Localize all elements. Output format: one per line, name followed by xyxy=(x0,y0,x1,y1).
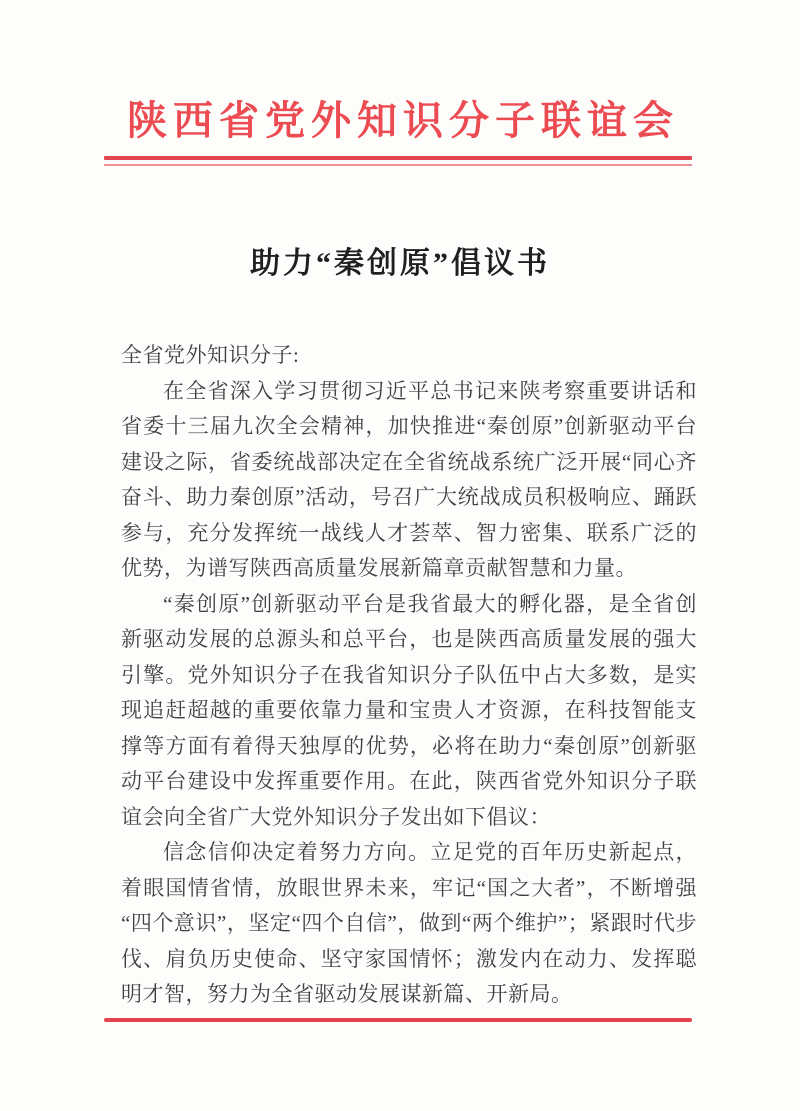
body-paragraph: 信念信仰决定着努力方向。立足党的百年历史新起点，着眼国情省情，放眼世界未来，牢记… xyxy=(121,835,697,1013)
document-title: 助力“秦创原”倡议书 xyxy=(0,247,800,281)
letterhead-rule-thick xyxy=(104,156,692,160)
body-paragraph: “秦创原”创新驱动平台是我省最大的孵化器，是全省创新驱动发展的总源头和总平台，也… xyxy=(121,587,697,836)
scanned-document-page: 陕西省党外知识分子联谊会 助力“秦创原”倡议书 全省党外知识分子: 在全省深入学… xyxy=(0,0,800,1111)
salutation-line: 全省党外知识分子: xyxy=(121,338,697,374)
footer-rule xyxy=(104,1018,692,1022)
letterhead-org-name: 陕西省党外知识分子联谊会 xyxy=(0,97,800,145)
body-paragraph: 在全省深入学习贯彻习近平总书记来陕考察重要讲话和省委十三届九次全会精神，加快推进… xyxy=(121,374,697,587)
letterhead-rule-thin xyxy=(104,164,692,166)
document-body: 全省党外知识分子: 在全省深入学习贯彻习近平总书记来陕考察重要讲话和省委十三届九… xyxy=(121,338,697,1013)
